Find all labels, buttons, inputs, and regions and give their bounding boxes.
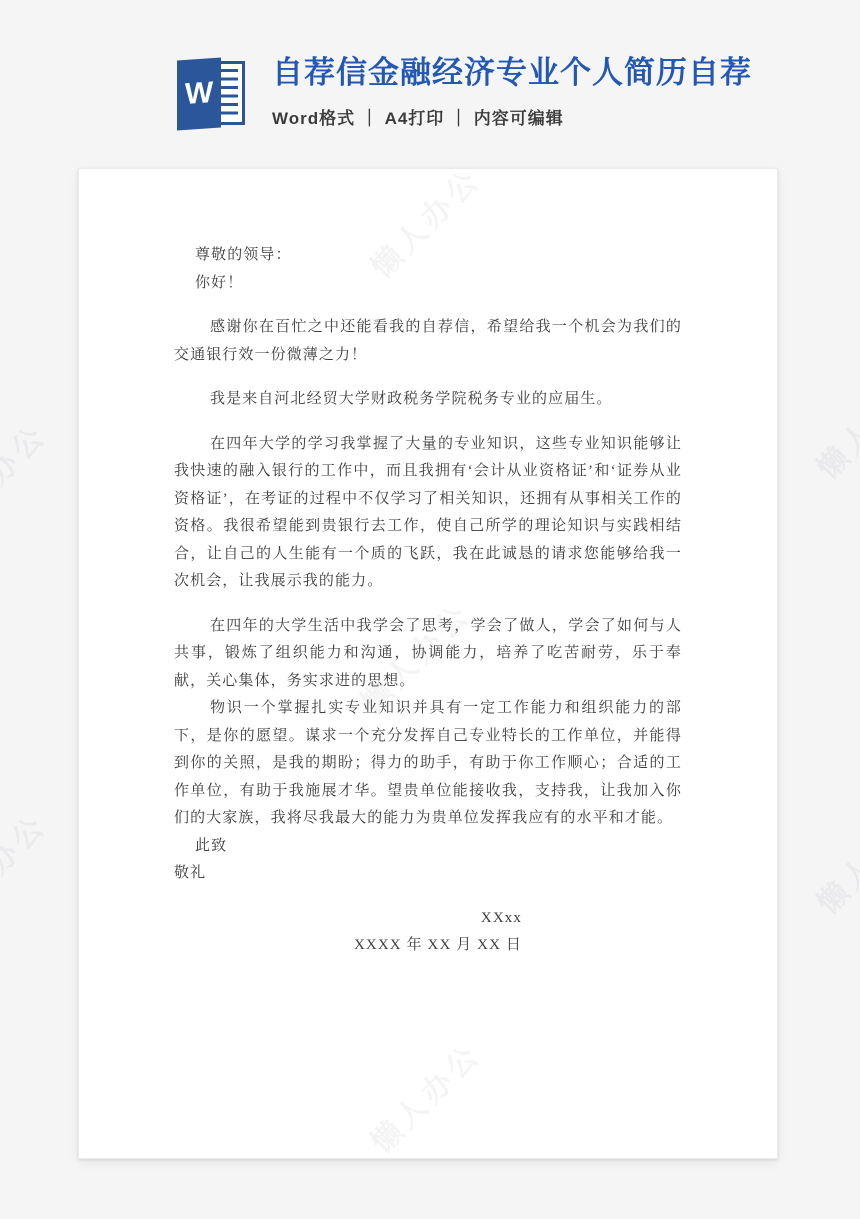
letter-paragraph: 在四年的大学生活中我学会了思考，学会了做人，学会了如何与人共事，锻炼了组织能力和… <box>174 613 682 696</box>
document-subtitle: Word格式 ｜ A4打印 ｜ 内容可编辑 <box>272 104 752 129</box>
letter-greeting: 你好！ <box>174 270 682 298</box>
cover-letter: 尊敬的领导： 你好！ 感谢你在百忙之中还能看我的自荐信，希望给我一个机会为我们的… <box>79 169 777 960</box>
letter-paragraph: 我是来自河北经贸大学财政税务学院税务专业的应届生。 <box>174 386 682 414</box>
watermark-text: 懒人办公 <box>345 1017 503 1175</box>
letter-date: XXXX 年 XX 月 XX 日 <box>174 932 682 960</box>
word-icon: W <box>175 54 249 134</box>
letter-paragraph: 感谢你在百忙之中还能看我的自荐信，希望给我一个机会为我们的交通银行效一份微薄之力… <box>174 314 682 369</box>
letter-closing: 此致 <box>174 833 682 861</box>
document-title: 自荐信金融经济专业个人简历自荐 <box>272 55 752 91</box>
word-icon-cover: W <box>177 57 221 130</box>
letter-paragraph: 在四年大学的学习我掌握了大量的专业知识，这些专业知识能够让我快速的融入银行的工作… <box>174 431 682 596</box>
letter-signer: XXxx <box>174 905 682 933</box>
watermark-text: 懒人办公 <box>0 398 69 556</box>
letter-salute: 敬礼 <box>174 860 682 888</box>
watermark-text: 懒人办公 <box>791 343 860 501</box>
watermark-text: 懒人办公 <box>0 788 69 946</box>
word-icon-letter: W <box>185 76 213 112</box>
watermark-text: 懒人办公 <box>791 778 860 936</box>
document-page: 懒人办公 懒人办公 懒人办公 尊敬的领导： 你好！ 感谢你在百忙之中还能看我的自… <box>78 168 778 1159</box>
letter-paragraph: 物识一个掌握扎实专业知识并具有一定工作能力和组织能力的部下，是你的愿望。谋求一个… <box>174 695 682 833</box>
page-header: W 自荐信金融经济专业个人简历自荐 Word格式 ｜ A4打印 ｜ 内容可编辑 <box>0 0 860 168</box>
letter-salutation: 尊敬的领导： <box>174 242 682 270</box>
